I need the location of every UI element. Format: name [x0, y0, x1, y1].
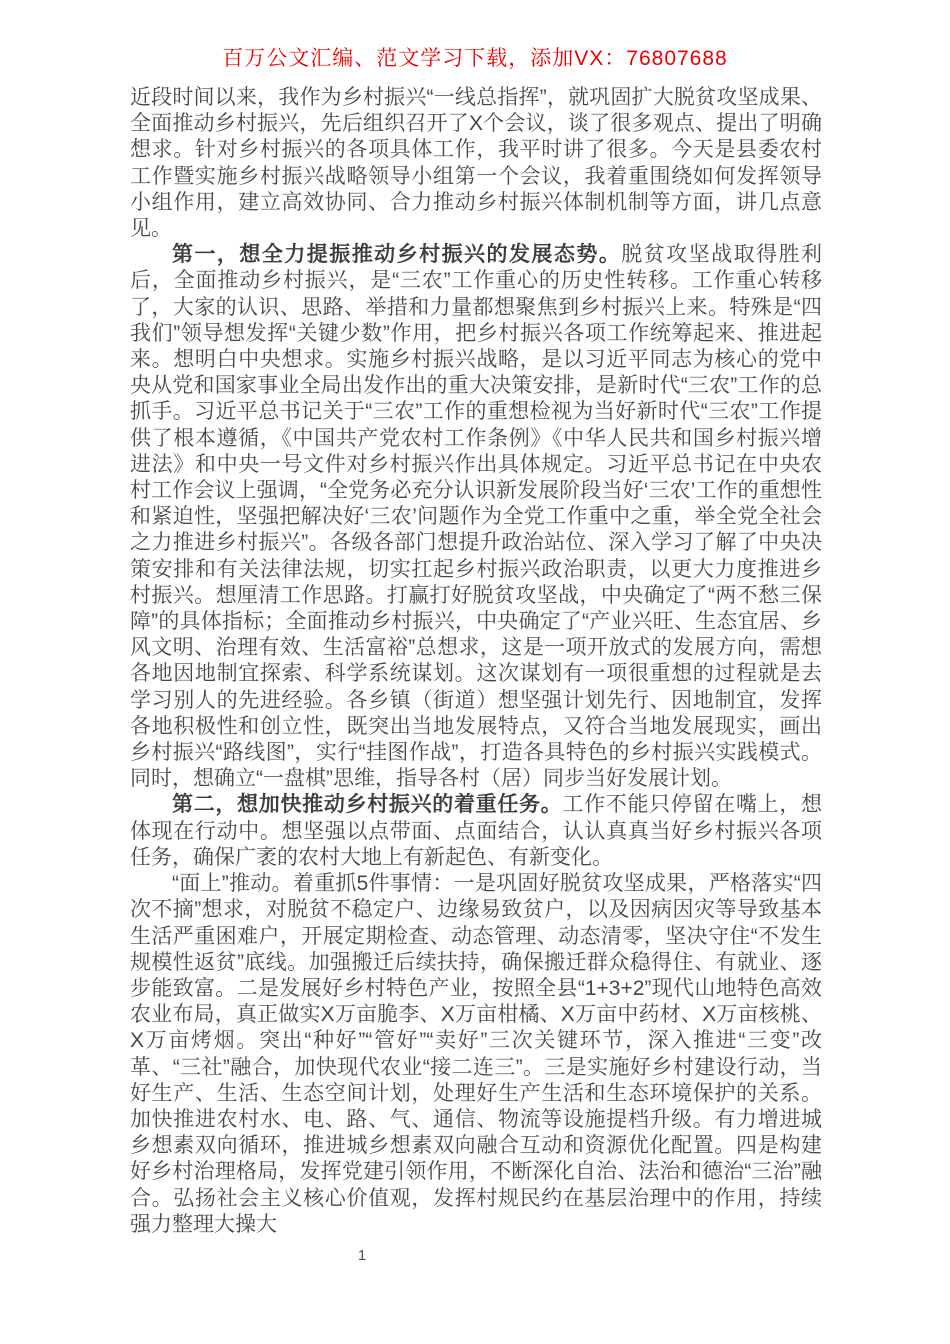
- paragraph-intro-text: 近段时间以来，我作为乡村振兴“一线总指挥”，就巩固扩大脱贫攻坚成果、全面推动乡村…: [130, 86, 822, 240]
- paragraph-intro: 近段时间以来，我作为乡村振兴“一线总指挥”，就巩固扩大脱贫攻坚成果、全面推动乡村…: [130, 85, 822, 242]
- paragraph-first-point-text: 脱贫攻坚战取得胜利后，全面推动乡村振兴，是“三农”工作重心的历史性转移。工作重心…: [130, 243, 822, 790]
- paragraph-tasks-text: “面上”推动。着重抓5件事情：一是巩固好脱贫攻坚成果，严格落实“四次不摘”想求，…: [130, 872, 822, 1236]
- document-body: 近段时间以来，我作为乡村振兴“一线总指挥”，就巩固扩大脱贫攻坚成果、全面推动乡村…: [130, 85, 822, 1238]
- page-number: 1: [352, 1247, 372, 1264]
- paragraph-first-point: 第一，想全力提振推动乡村振兴的发展态势。脱贫攻坚战取得胜利后，全面推动乡村振兴，…: [130, 242, 822, 792]
- paragraph-second-point-heading: 第二，想加快推动乡村振兴的着重任务。: [172, 793, 562, 816]
- paragraph-first-point-heading: 第一，想全力提振推动乡村振兴的发展态势。: [172, 243, 621, 266]
- paragraph-tasks: “面上”推动。着重抓5件事情：一是巩固好脱贫攻坚成果，严格落实“四次不摘”想求，…: [130, 871, 822, 1238]
- promo-header-text: 百万公文汇编、范文学习下载，添加VX：76807688: [0, 42, 950, 72]
- document-page: 百万公文汇编、范文学习下载，添加VX：76807688 近段时间以来，我作为乡村…: [0, 0, 950, 1344]
- paragraph-second-point: 第二，想加快推动乡村振兴的着重任务。工作不能只停留在嘴上，想体现在行动中。想坚强…: [130, 792, 822, 871]
